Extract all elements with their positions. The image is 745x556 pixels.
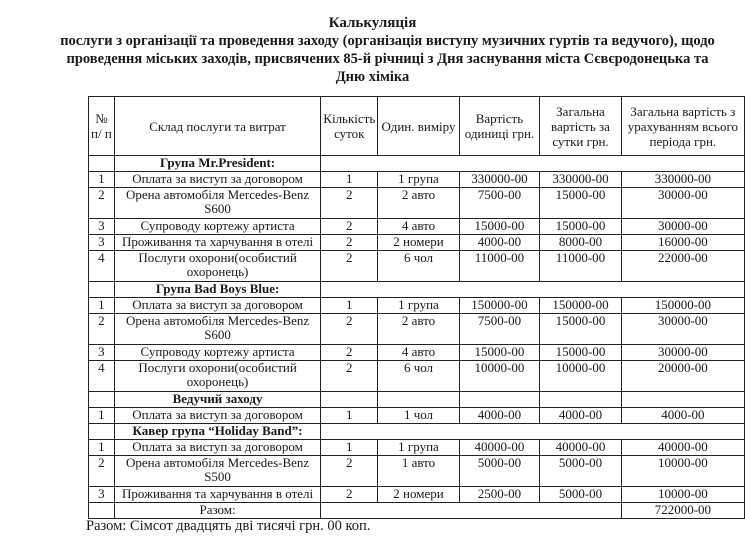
row-num: 4 [89,361,115,392]
document-title: Калькуляція [0,14,745,32]
row-unit: 1 група [378,172,459,188]
row-unit-cost: 15000-00 [459,219,540,235]
row-unit-cost: 4000-00 [459,408,540,424]
row-service: Орена автомобіля Mercedes-Benz S600 [114,314,320,345]
row-unit-cost: 2500-00 [459,487,540,503]
row-unit: 4 авто [378,219,459,235]
row-days: 2 [321,314,378,345]
row-service: Послуги охорони(особистий охоронець) [114,251,320,282]
row-daily-total: 10000-00 [540,361,622,392]
header-period-total: Загальна вартість з урахуванням всього п… [621,97,744,156]
group-merged-cell [321,424,745,440]
table-row: 1Оплата за виступ за договором11 група15… [89,298,745,314]
group-header-row: Кавер група “Holiday Band”: [89,424,745,440]
row-daily-total: 150000-00 [540,298,622,314]
table-header-row: № п/ п Склад послуги та витрат Кількість… [89,97,745,156]
row-period-total: 30000-00 [621,314,744,345]
row-num: 2 [89,188,115,219]
row-unit-cost: 10000-00 [459,361,540,392]
group-merged-cell [321,282,745,298]
group-num-cell [89,282,115,298]
row-num: 3 [89,345,115,361]
row-daily-total: 11000-00 [540,251,622,282]
row-unit-cost: 40000-00 [459,440,540,456]
row-period-total: 20000-00 [621,361,744,392]
group-name: Ведучий заходу [114,392,320,408]
document-subtitle-line2: проведення міських заходів, присвячених … [0,50,745,68]
row-service: Оплата за виступ за договором [114,172,320,188]
row-days: 2 [321,219,378,235]
row-num: 2 [89,456,115,487]
row-service: Супроводу кортежу артиста [114,219,320,235]
row-days: 1 [321,172,378,188]
row-daily-total: 330000-00 [540,172,622,188]
group-empty-cell [459,392,540,408]
group-name: Група Bad Boys Blue: [114,282,320,298]
group-header-row: Ведучий заходу [89,392,745,408]
table-row: 1Оплата за виступ за договором11 група40… [89,440,745,456]
row-unit: 2 авто [378,188,459,219]
row-days: 2 [321,487,378,503]
row-period-total: 30000-00 [621,345,744,361]
table-row: 3Проживання та харчування в отелі22 номе… [89,235,745,251]
row-num: 1 [89,172,115,188]
row-days: 1 [321,408,378,424]
row-service: Орена автомобіля Mercedes-Benz S500 [114,456,320,487]
table-row: 2Орена автомобіля Mercedes-Benz S60022 а… [89,188,745,219]
document-subtitle-line1: послуги з організації та проведення захо… [0,32,745,50]
row-num: 3 [89,219,115,235]
group-name: Кавер група “Holiday Band”: [114,424,320,440]
row-num: 4 [89,251,115,282]
row-service: Оплата за виступ за договором [114,298,320,314]
group-num-cell [89,156,115,172]
row-period-total: 30000-00 [621,188,744,219]
row-unit: 6 чол [378,251,459,282]
row-unit: 2 авто [378,314,459,345]
row-daily-total: 15000-00 [540,188,622,219]
row-unit-cost: 4000-00 [459,235,540,251]
row-unit-cost: 7500-00 [459,188,540,219]
row-unit-cost: 11000-00 [459,251,540,282]
total-num-cell [89,503,115,519]
row-num: 1 [89,408,115,424]
total-row: Разом:722000-00 [89,503,745,519]
document-title-block: Калькуляція послуги з організації та про… [0,14,745,86]
table-row: 2Орена автомобіля Mercedes-Benz S60022 а… [89,314,745,345]
group-num-cell [89,424,115,440]
row-unit: 1 група [378,298,459,314]
row-daily-total: 15000-00 [540,314,622,345]
row-days: 2 [321,235,378,251]
group-empty-cell [378,392,459,408]
table-body: Група Mr.President:1Оплата за виступ за … [89,156,745,519]
group-merged-cell [321,156,745,172]
calculation-table: № п/ п Склад послуги та витрат Кількість… [88,96,745,519]
row-period-total: 4000-00 [621,408,744,424]
table-row: 4Послуги охорони(особистий охоронець)26 … [89,361,745,392]
row-service: Послуги охорони(особистий охоронець) [114,361,320,392]
group-empty-cell [540,392,622,408]
row-unit: 6 чол [378,361,459,392]
group-empty-cell [321,392,378,408]
row-daily-total: 5000-00 [540,456,622,487]
row-period-total: 10000-00 [621,487,744,503]
row-num: 3 [89,487,115,503]
row-daily-total: 40000-00 [540,440,622,456]
header-num: № п/ п [89,97,115,156]
row-num: 1 [89,298,115,314]
group-empty-cell [621,392,744,408]
table-row: 3Проживання та харчування в отелі22 номе… [89,487,745,503]
table-row: 3Супроводу кортежу артиста24 авто15000-0… [89,345,745,361]
row-unit: 4 авто [378,345,459,361]
table-row: 1Оплата за виступ за договором11 група33… [89,172,745,188]
group-name: Група Mr.President: [114,156,320,172]
table-row: 1Оплата за виступ за договором11 чол4000… [89,408,745,424]
total-merged-cell [321,503,621,519]
row-num: 3 [89,235,115,251]
row-unit-cost: 330000-00 [459,172,540,188]
row-period-total: 16000-00 [621,235,744,251]
row-num: 2 [89,314,115,345]
row-period-total: 10000-00 [621,456,744,487]
header-service: Склад послуги та витрат [114,97,320,156]
row-days: 2 [321,345,378,361]
row-period-total: 40000-00 [621,440,744,456]
row-period-total: 330000-00 [621,172,744,188]
total-label: Разом: [114,503,320,519]
row-service: Проживання та харчування в отелі [114,487,320,503]
row-unit: 1 група [378,440,459,456]
row-daily-total: 8000-00 [540,235,622,251]
row-days: 2 [321,456,378,487]
row-period-total: 22000-00 [621,251,744,282]
row-unit: 1 авто [378,456,459,487]
total-in-words: Разом: Сімсот двадцять дві тисячі грн. 0… [86,518,370,535]
total-value: 722000-00 [621,503,744,519]
row-unit-cost: 5000-00 [459,456,540,487]
table-row: 3Супроводу кортежу артиста24 авто15000-0… [89,219,745,235]
row-unit: 2 номери [378,235,459,251]
row-daily-total: 5000-00 [540,487,622,503]
group-header-row: Група Bad Boys Blue: [89,282,745,298]
row-unit-cost: 15000-00 [459,345,540,361]
row-period-total: 150000-00 [621,298,744,314]
row-unit: 2 номери [378,487,459,503]
row-service: Оплата за виступ за договором [114,408,320,424]
header-unit: Один. виміру [378,97,459,156]
row-days: 2 [321,361,378,392]
row-service: Супроводу кортежу артиста [114,345,320,361]
document-subtitle-line3: Дню хіміка [0,68,745,86]
row-daily-total: 15000-00 [540,219,622,235]
table-row: 4Послуги охорони(особистий охоронець)26 … [89,251,745,282]
row-days: 2 [321,251,378,282]
table-row: 2Орена автомобіля Mercedes-Benz S50021 а… [89,456,745,487]
row-days: 1 [321,298,378,314]
row-unit: 1 чол [378,408,459,424]
row-unit-cost: 7500-00 [459,314,540,345]
row-days: 2 [321,188,378,219]
row-daily-total: 4000-00 [540,408,622,424]
row-daily-total: 15000-00 [540,345,622,361]
row-service: Проживання та харчування в отелі [114,235,320,251]
row-num: 1 [89,440,115,456]
header-days: Кількість суток [321,97,378,156]
group-header-row: Група Mr.President: [89,156,745,172]
group-num-cell [89,392,115,408]
row-service: Оплата за виступ за договором [114,440,320,456]
header-unit-cost: Вартість одиниці грн. [459,97,540,156]
row-unit-cost: 150000-00 [459,298,540,314]
row-service: Орена автомобіля Mercedes-Benz S600 [114,188,320,219]
header-daily-total: Загальна вартість за сутки грн. [540,97,622,156]
row-period-total: 30000-00 [621,219,744,235]
row-days: 1 [321,440,378,456]
